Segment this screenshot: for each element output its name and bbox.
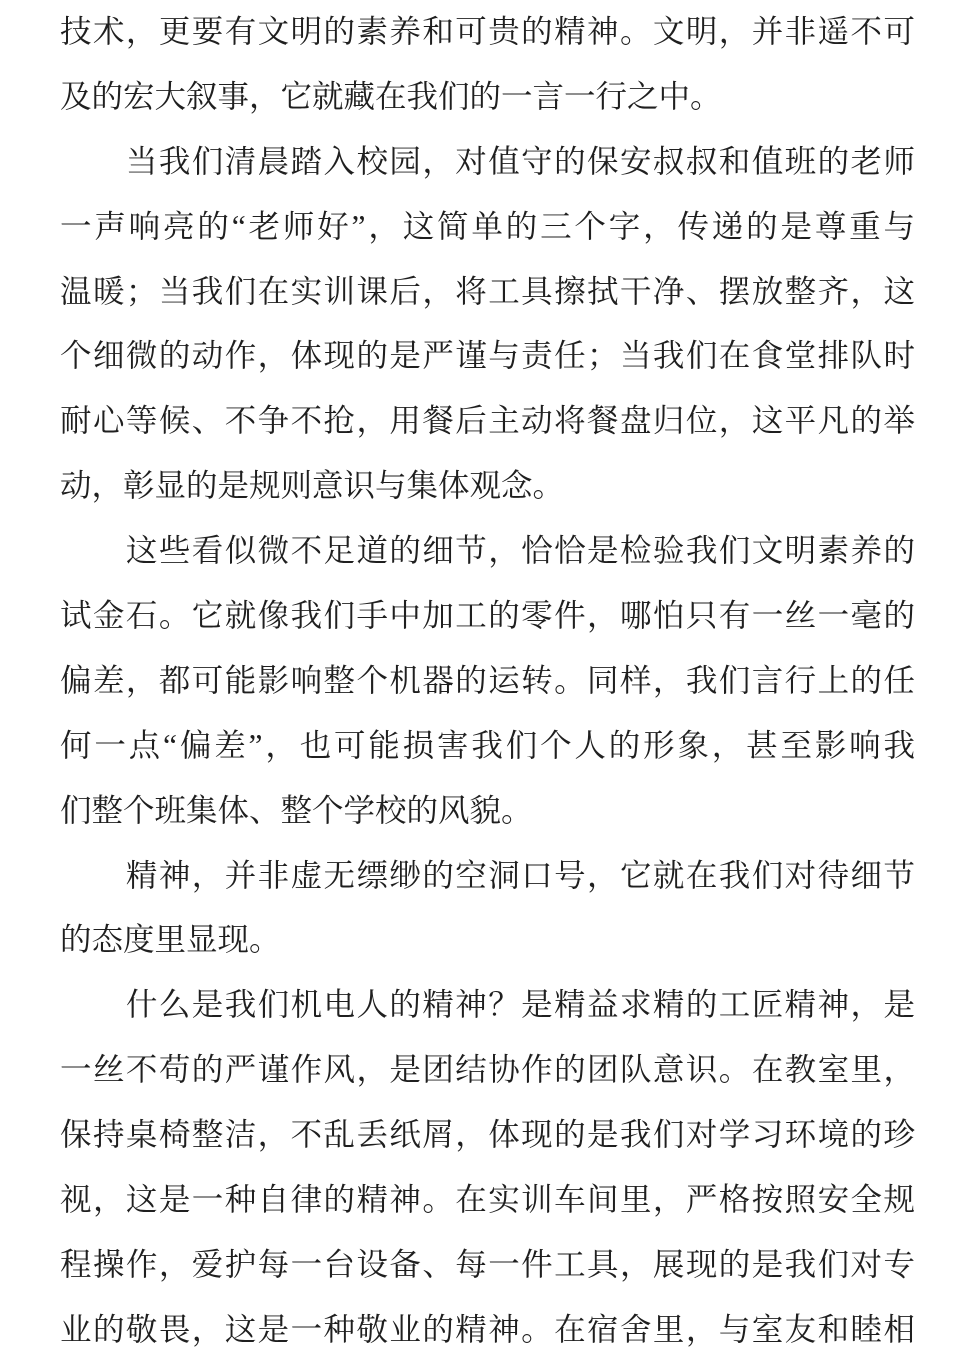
text-line: 什么是我们机电人的精神？是精益求精的工匠精神，是 xyxy=(60,973,915,1038)
text-line: 何一点“偏差”，也可能损害我们个人的形象，甚至影响我 xyxy=(60,714,915,779)
text-line: 视，这是一种自律的精神。在实训车间里，严格按照安全规 xyxy=(60,1168,915,1233)
text-line: 当我们清晨踏入校园，对值守的保安叔叔和值班的老师 xyxy=(60,130,915,195)
text-line: 们整个班集体、整个学校的风貌。 xyxy=(60,779,915,844)
document-page: 技术，更要有文明的素养和可贵的精神。文明，并非遥不可及的宏大叙事，它就藏在我们的… xyxy=(0,0,980,1359)
text-line: 一声响亮的“老师好”，这简单的三个字，传递的是尊重与 xyxy=(60,195,915,260)
text-line: 保持桌椅整洁，不乱丢纸屑，体现的是我们对学习环境的珍 xyxy=(60,1103,915,1168)
document-text: 技术，更要有文明的素养和可贵的精神。文明，并非遥不可及的宏大叙事，它就藏在我们的… xyxy=(60,0,915,1359)
text-line: 试金石。它就像我们手中加工的零件，哪怕只有一丝一毫的 xyxy=(60,584,915,649)
text-line: 技术，更要有文明的素养和可贵的精神。文明，并非遥不可 xyxy=(60,0,915,65)
text-line: 及的宏大叙事，它就藏在我们的一言一行之中。 xyxy=(60,65,915,130)
text-line: 精神，并非虚无缥缈的空洞口号，它就在我们对待细节 xyxy=(60,844,915,909)
text-line: 动，彰显的是规则意识与集体观念。 xyxy=(60,454,915,519)
text-line: 的态度里显现。 xyxy=(60,908,915,973)
text-line: 一丝不苟的严谨作风，是团结协作的团队意识。在教室里， xyxy=(60,1038,915,1103)
text-line: 这些看似微不足道的细节，恰恰是检验我们文明素养的 xyxy=(60,519,915,584)
text-line: 业的敬畏，这是一种敬业的精神。在宿舍里，与室友和睦相 xyxy=(60,1298,915,1359)
text-line: 偏差，都可能影响整个机器的运转。同样，我们言行上的任 xyxy=(60,649,915,714)
text-line: 个细微的动作，体现的是严谨与责任；当我们在食堂排队时 xyxy=(60,324,915,389)
text-line: 程操作，爱护每一台设备、每一件工具，展现的是我们对专 xyxy=(60,1233,915,1298)
text-line: 耐心等候、不争不抢，用餐后主动将餐盘归位，这平凡的举 xyxy=(60,389,915,454)
text-line: 温暖；当我们在实训课后，将工具擦拭干净、摆放整齐，这 xyxy=(60,260,915,325)
